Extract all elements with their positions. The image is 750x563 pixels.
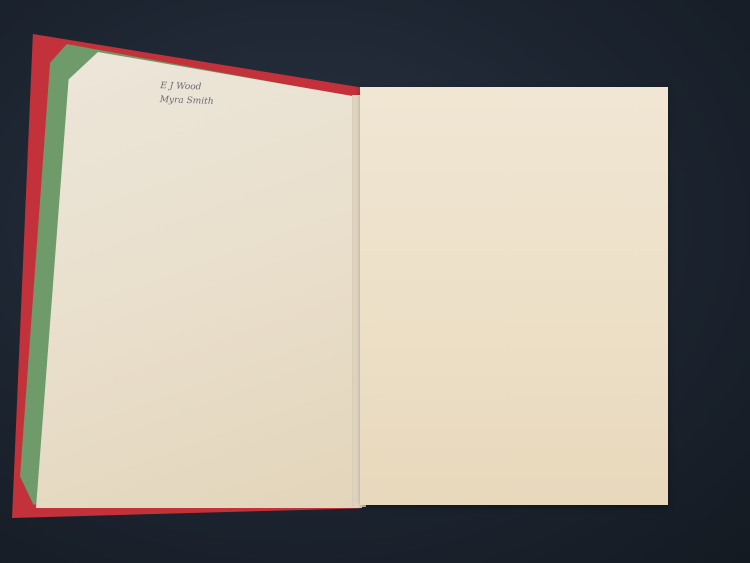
- left-endpaper: [36, 52, 362, 508]
- inscription-line-2: Myra Smith: [160, 93, 214, 109]
- right-flyleaf-page: [360, 87, 668, 505]
- photo-scene: E J Wood Myra Smith: [0, 0, 750, 563]
- handwritten-inscription: E J Wood Myra Smith: [160, 79, 215, 109]
